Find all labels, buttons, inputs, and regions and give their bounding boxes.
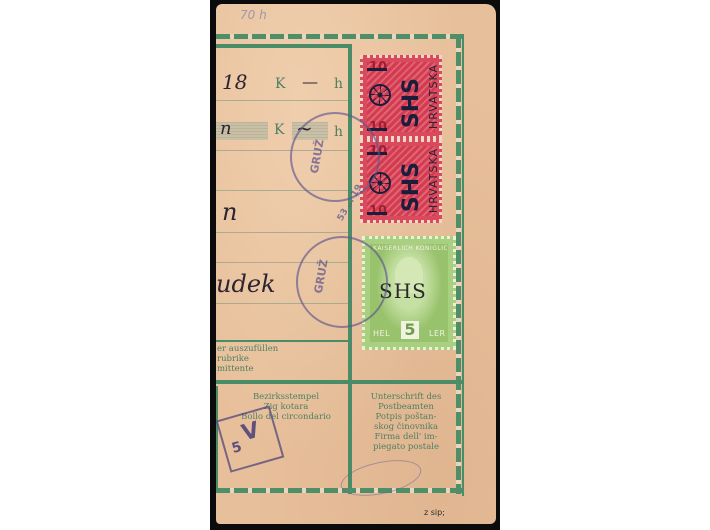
obliterating-bar [367,212,387,215]
instruction-text: er auszufüllen rubrike mittente [217,344,278,374]
box-line-left [216,386,218,490]
top-dashed-border [216,34,464,39]
right-dashed-border [456,34,461,494]
postmark-circle [296,236,388,328]
handwritten-text: n [220,118,232,139]
postmark-circle [290,112,380,202]
dash-1: — [302,72,318,91]
stamp-hrvatska-10-top: 10 10 SHS HRVATSKA [360,55,442,139]
frame-line-right [462,34,464,496]
rule-line [216,232,348,233]
section-line-thick [216,380,462,384]
obliterating-bar [367,68,387,71]
frame-line-top [216,44,352,48]
bottom-dashed-border [216,488,464,493]
handwritten-line-1: n [222,198,237,226]
unit-k-2: K [274,122,284,138]
handwritten-amount: 18 [222,70,247,94]
postal-signature-label: Unterschrift des Postbeamten Potpis pošt… [356,392,456,452]
wheel-emblem-icon [369,84,391,106]
handwritten-line-2: udek [216,270,276,298]
unit-k-1: K [275,76,285,92]
unit-h-1: h [334,76,343,92]
rule-line [216,100,348,101]
pencil-note-bottom: z sip; [424,508,445,517]
pencil-note-top: 70 h [240,8,267,22]
section-line [216,340,350,342]
